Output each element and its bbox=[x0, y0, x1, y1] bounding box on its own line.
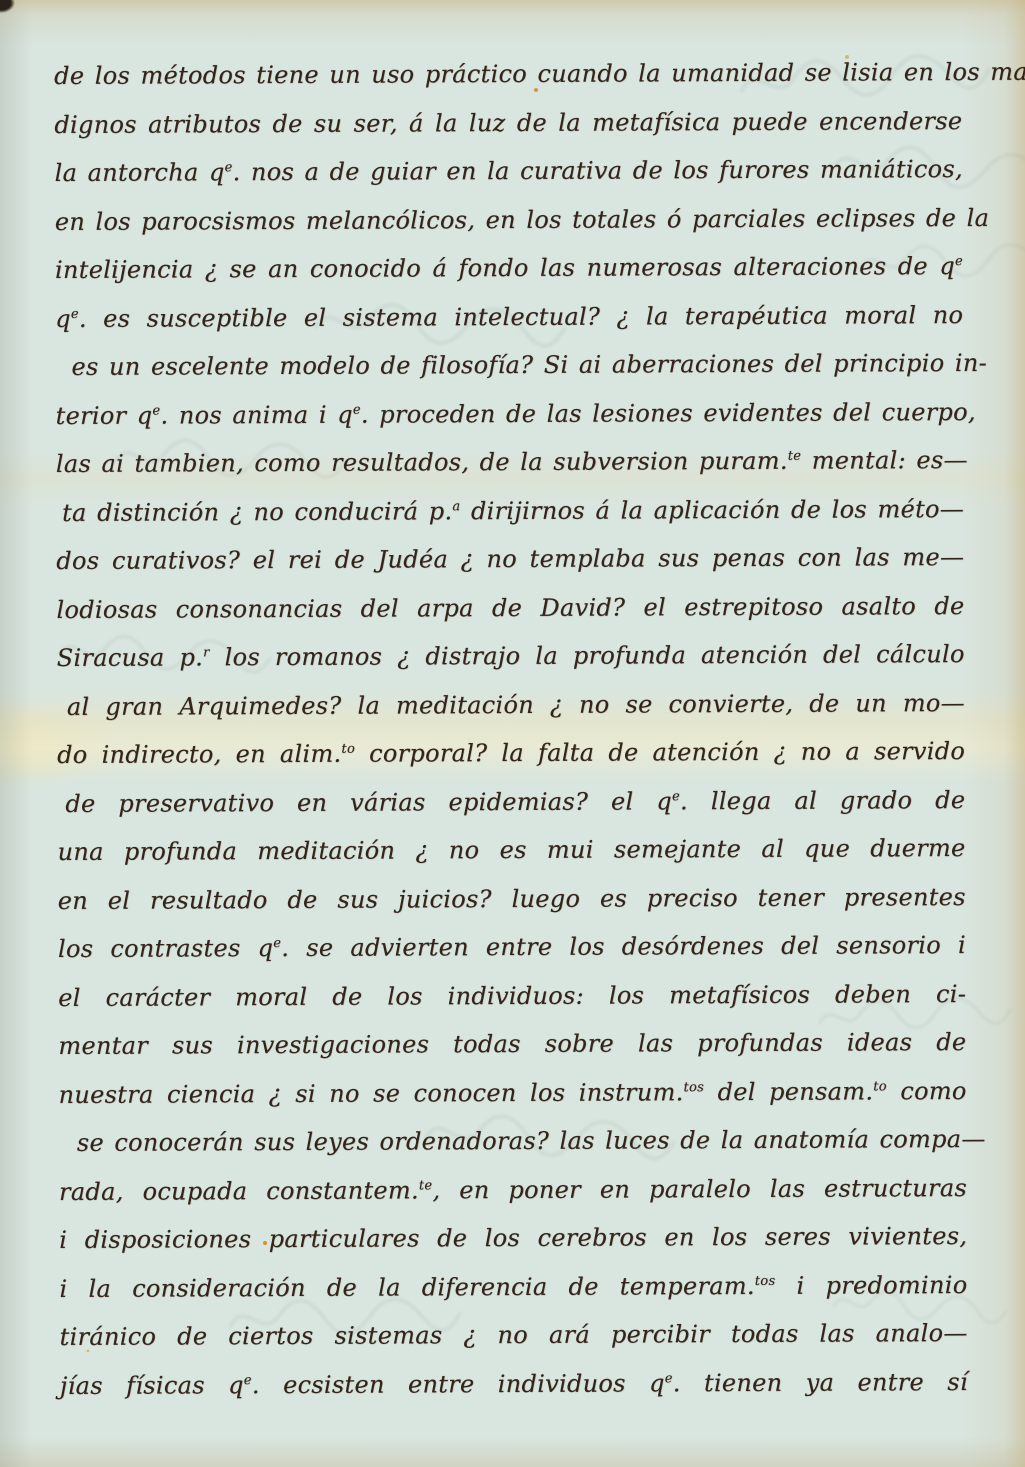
manuscript-line: la antorcha qe. nos a de guiar en la cur… bbox=[54, 145, 962, 197]
manuscript-line: las ai tambien, como resultados, de la s… bbox=[56, 436, 964, 488]
manuscript-line: en los parocsismos melancólicos, en los … bbox=[55, 194, 963, 246]
manuscript-line: en el resultado de sus juicios? luego es… bbox=[58, 873, 966, 925]
manuscript-line: mentar sus investigaciones todas sobre l… bbox=[58, 1018, 966, 1070]
manuscript-line: do indirecto, en alim.to corporal? la fa… bbox=[57, 727, 965, 779]
manuscript-line: los contrastes qe. se advierten entre lo… bbox=[58, 921, 966, 973]
manuscript-line: jías físicas qe. ecsisten entre individu… bbox=[60, 1358, 968, 1410]
manuscript-text: de los métodos tiene un uso práctico cua… bbox=[54, 48, 968, 1410]
manuscript-line: lodiosas consonancias del arpa de David?… bbox=[56, 582, 964, 634]
manuscript-line: de preservativo en várias epidemias? el … bbox=[57, 776, 965, 828]
manuscript-line: i la consideración de la diferencia de t… bbox=[59, 1261, 967, 1313]
manuscript-line: intelijencia ¿ se an conocido á fondo la… bbox=[55, 242, 963, 294]
manuscript-line: ta distinción ¿ no conducirá p.a dirijir… bbox=[56, 485, 964, 537]
manuscript-line: de los métodos tiene un uso práctico cua… bbox=[54, 48, 962, 100]
manuscript-line: el carácter moral de los individuos: los… bbox=[58, 970, 966, 1022]
manuscript-line: es un escelente modelo de filosofía? Si … bbox=[55, 339, 963, 391]
manuscript-line: dos curativos? el rei de Judéa ¿ no temp… bbox=[56, 533, 964, 585]
manuscript-line: rada, ocupada constantem.te, en poner en… bbox=[59, 1164, 967, 1216]
manuscript-line: dignos atributos de su ser, á la luz de … bbox=[54, 97, 962, 149]
manuscript-line: al gran Arquimedes? la meditación ¿ no s… bbox=[57, 679, 965, 731]
manuscript-line: i disposiciones particulares de los cere… bbox=[59, 1212, 967, 1264]
manuscript-line: Siracusa p.r los romanos ¿ distrajo la p… bbox=[57, 630, 965, 682]
manuscript-line: se conocerán sus leyes ordenadoras? las … bbox=[59, 1115, 967, 1167]
manuscript-line: nuestra ciencia ¿ si no se conocen los i… bbox=[58, 1067, 966, 1119]
manuscript-line: terior qe. nos anima i qe. proceden de l… bbox=[56, 388, 964, 440]
manuscript-page: de los métodos tiene un uso práctico cua… bbox=[0, 0, 1025, 1467]
manuscript-line: una profunda meditación ¿ no es mui seme… bbox=[57, 824, 965, 876]
manuscript-line: tiránico de ciertos sistemas ¿ no ará pe… bbox=[60, 1309, 968, 1361]
manuscript-line: qe. es susceptible el sistema intelectua… bbox=[55, 291, 963, 343]
